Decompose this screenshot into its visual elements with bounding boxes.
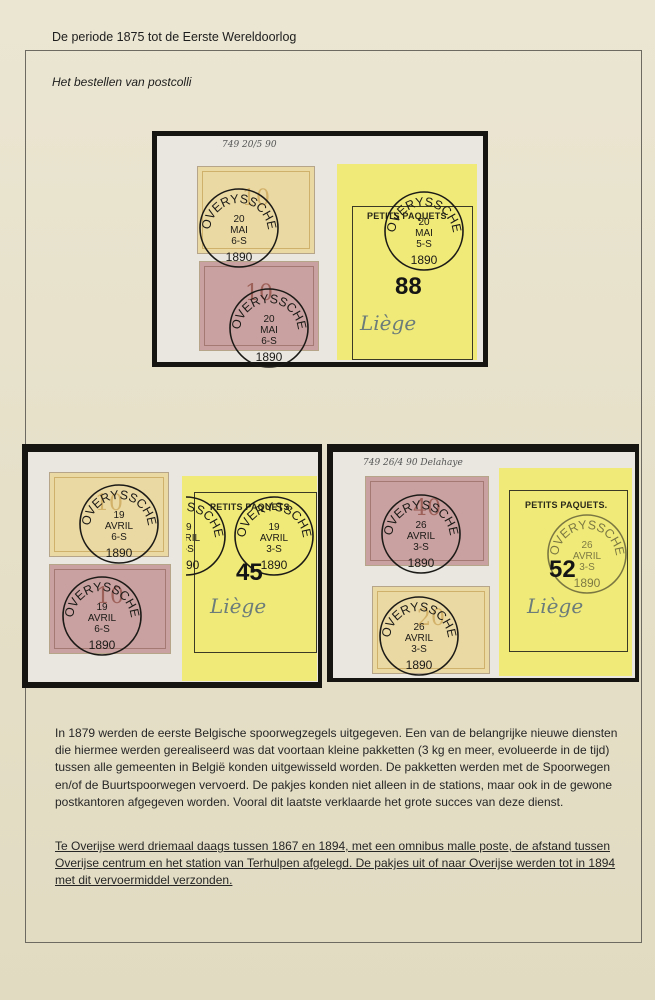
svg-text:5-S: 5-S bbox=[416, 239, 432, 250]
svg-text:19: 19 bbox=[113, 510, 125, 521]
svg-text:26: 26 bbox=[581, 540, 593, 551]
svg-text:1890: 1890 bbox=[411, 253, 438, 267]
postmark: OVERYSSCHE19AVRIL3-S1890 bbox=[232, 494, 316, 578]
svg-text:20: 20 bbox=[233, 214, 245, 225]
svg-text:6-S: 6-S bbox=[94, 624, 110, 635]
svg-text:6-S: 6-S bbox=[261, 336, 277, 347]
postmark: OVERYSSCHE26AVRIL3-S1890 bbox=[379, 492, 463, 576]
page-header-title: De periode 1875 tot de Eerste Wereldoorl… bbox=[52, 30, 296, 44]
postmark: OVERYSSCHE26AVRIL3-S1890 bbox=[545, 512, 629, 596]
svg-text:AVRIL: AVRIL bbox=[407, 531, 436, 542]
postmark: OVERYSSCHE26AVRIL3-S1890 bbox=[377, 594, 461, 678]
history-paragraph: Te Overijse werd driemaal daags tussen 1… bbox=[55, 838, 625, 890]
svg-text:20: 20 bbox=[263, 314, 275, 325]
svg-text:19: 19 bbox=[96, 602, 108, 613]
stamp-piece-bottom-left: PETITS PAQUETS. 45 Liège 10 10 OVERYSSCH… bbox=[22, 444, 322, 688]
svg-text:20: 20 bbox=[418, 217, 430, 228]
stamp-piece-bottom-right: 749 26/4 90 Delahaye PETITS PAQUETS. 52 … bbox=[327, 444, 639, 682]
svg-text:AVRIL: AVRIL bbox=[105, 521, 134, 532]
svg-text:AVRIL: AVRIL bbox=[573, 551, 602, 562]
svg-text:AVRIL: AVRIL bbox=[88, 613, 117, 624]
svg-text:1890: 1890 bbox=[106, 546, 133, 560]
svg-text:AVRIL: AVRIL bbox=[405, 633, 434, 644]
handwritten-note: 749 20/5 90 bbox=[222, 140, 277, 150]
svg-text:6-S: 6-S bbox=[111, 532, 127, 543]
svg-text:1890: 1890 bbox=[406, 658, 433, 672]
svg-text:1890: 1890 bbox=[574, 576, 601, 590]
svg-text:3-S: 3-S bbox=[411, 644, 427, 655]
destination-handwriting: Liège bbox=[527, 594, 583, 618]
svg-text:3-S: 3-S bbox=[579, 562, 595, 573]
label-title: PETITS PAQUETS. bbox=[525, 500, 607, 510]
svg-text:1890: 1890 bbox=[89, 638, 116, 652]
svg-text:MAI: MAI bbox=[415, 228, 433, 239]
svg-text:3-S: 3-S bbox=[413, 542, 429, 553]
svg-text:26: 26 bbox=[415, 520, 427, 531]
description-paragraph: In 1879 werden de eerste Belgische spoor… bbox=[55, 725, 625, 811]
destination-handwriting: Liège bbox=[360, 311, 416, 335]
postmark: OVERYSSCHE19AVRIL6-S1890 bbox=[60, 574, 144, 658]
svg-text:1890: 1890 bbox=[256, 350, 283, 364]
parcel-number: 88 bbox=[395, 273, 422, 301]
svg-text:19: 19 bbox=[268, 522, 280, 533]
postmark: OVERYSSCHE20MAI6-S1890 bbox=[197, 186, 281, 270]
svg-text:MAI: MAI bbox=[260, 325, 278, 336]
svg-text:3-S: 3-S bbox=[266, 544, 282, 555]
svg-text:1890: 1890 bbox=[408, 556, 435, 570]
svg-text:1890: 1890 bbox=[261, 558, 288, 572]
destination-handwriting: Liège bbox=[210, 594, 266, 618]
postmark: OVERYSSCHE19AVRIL6-S1890 bbox=[77, 482, 161, 566]
svg-text:AVRIL: AVRIL bbox=[260, 533, 289, 544]
stamp-piece-top: 749 20/5 90 PETITS PAQUETS. 88 Liège 10 … bbox=[152, 131, 488, 367]
svg-text:6-S: 6-S bbox=[231, 236, 247, 247]
svg-text:MAI: MAI bbox=[230, 225, 248, 236]
svg-text:1890: 1890 bbox=[226, 250, 253, 264]
svg-text:26: 26 bbox=[413, 622, 425, 633]
section-title: Het bestellen van postcolli bbox=[52, 75, 191, 89]
handwritten-note: 749 26/4 90 Delahaye bbox=[363, 458, 463, 468]
postmark: OVERYSSCHE20MAI6-S1890 bbox=[227, 286, 311, 370]
postmark: OVERYSSCHE20MAI5-S1890 bbox=[382, 189, 466, 273]
